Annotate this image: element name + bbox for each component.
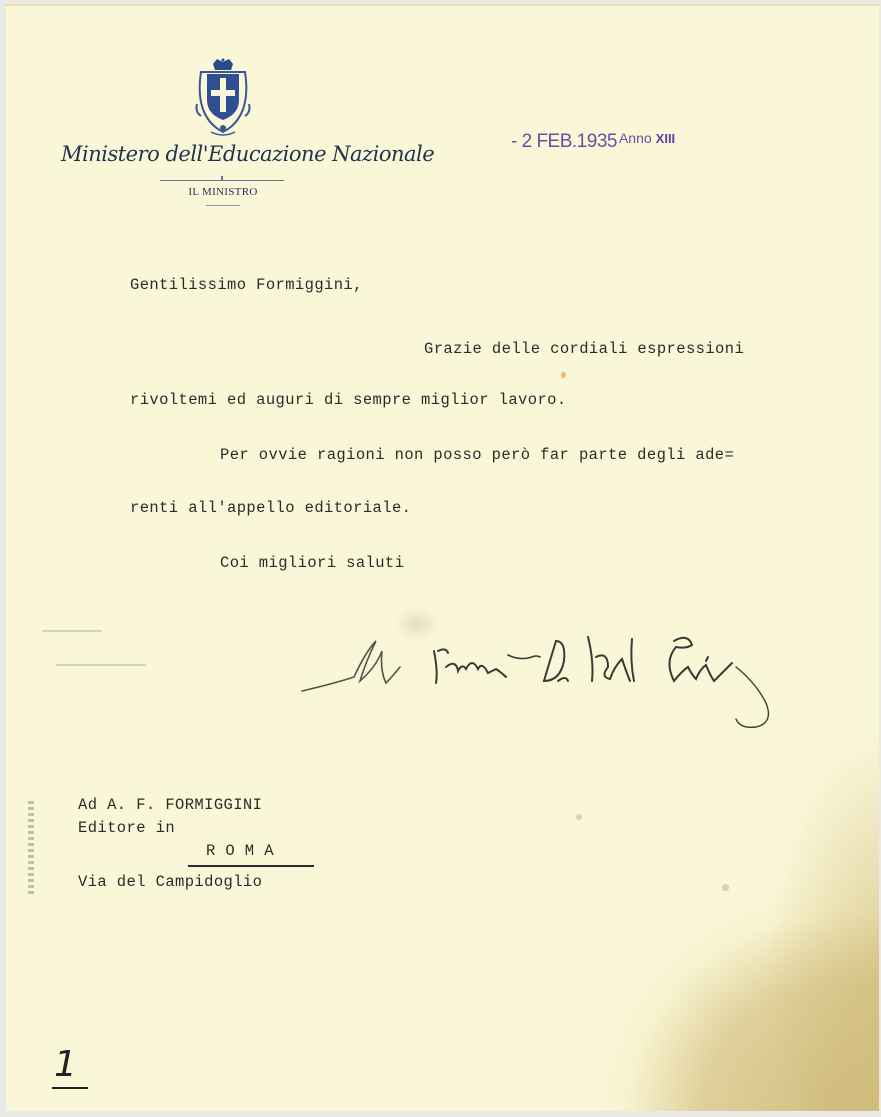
savoy-coat-of-arms-icon: [191, 58, 255, 138]
page-number-underline: [52, 1087, 88, 1089]
margin-printer-mark: [28, 801, 34, 896]
stain-spot: [561, 372, 566, 378]
address-city: R O M A: [206, 842, 274, 860]
ministry-name: Ministero dell'Educazione Nazionale: [61, 142, 391, 166]
divider-ornament: [221, 176, 223, 181]
address-street: Via del Campidoglio: [78, 873, 262, 891]
smudge-mark: [42, 630, 102, 632]
page-number: 1: [54, 1044, 77, 1085]
minister-title: IL MINISTRO: [168, 186, 278, 198]
date-stamp: - 2 FEB.1935AnnoXIII: [511, 131, 675, 153]
signature: [296, 611, 881, 741]
stamp-anno-year: XIII: [656, 131, 676, 146]
body-line: Per ovvie ragioni non posso però far par…: [220, 446, 734, 464]
letter-page: Ministero dell'Educazione Nazionale IL M…: [6, 4, 879, 1111]
stamp-anno-label: Anno: [619, 130, 652, 146]
address-recipient: Ad A. F. FORMIGGINI: [78, 796, 262, 814]
body-line: renti all'appello editoriale.: [130, 499, 411, 517]
stain-spot: [722, 884, 729, 891]
stain-spot: [576, 814, 582, 820]
salutation: Gentilissimo Formiggini,: [130, 276, 363, 294]
city-underline: [188, 865, 314, 867]
closing: Coi migliori saluti: [220, 554, 404, 572]
body-line: Grazie delle cordiali espressioni: [424, 340, 744, 358]
stamp-date: - 2 FEB.1935: [511, 131, 617, 152]
body-line: rivoltemi ed auguri di sempre miglior la…: [130, 391, 567, 409]
divider: [206, 205, 240, 206]
smudge-mark: [56, 664, 146, 666]
address-line: Editore in: [78, 819, 175, 837]
